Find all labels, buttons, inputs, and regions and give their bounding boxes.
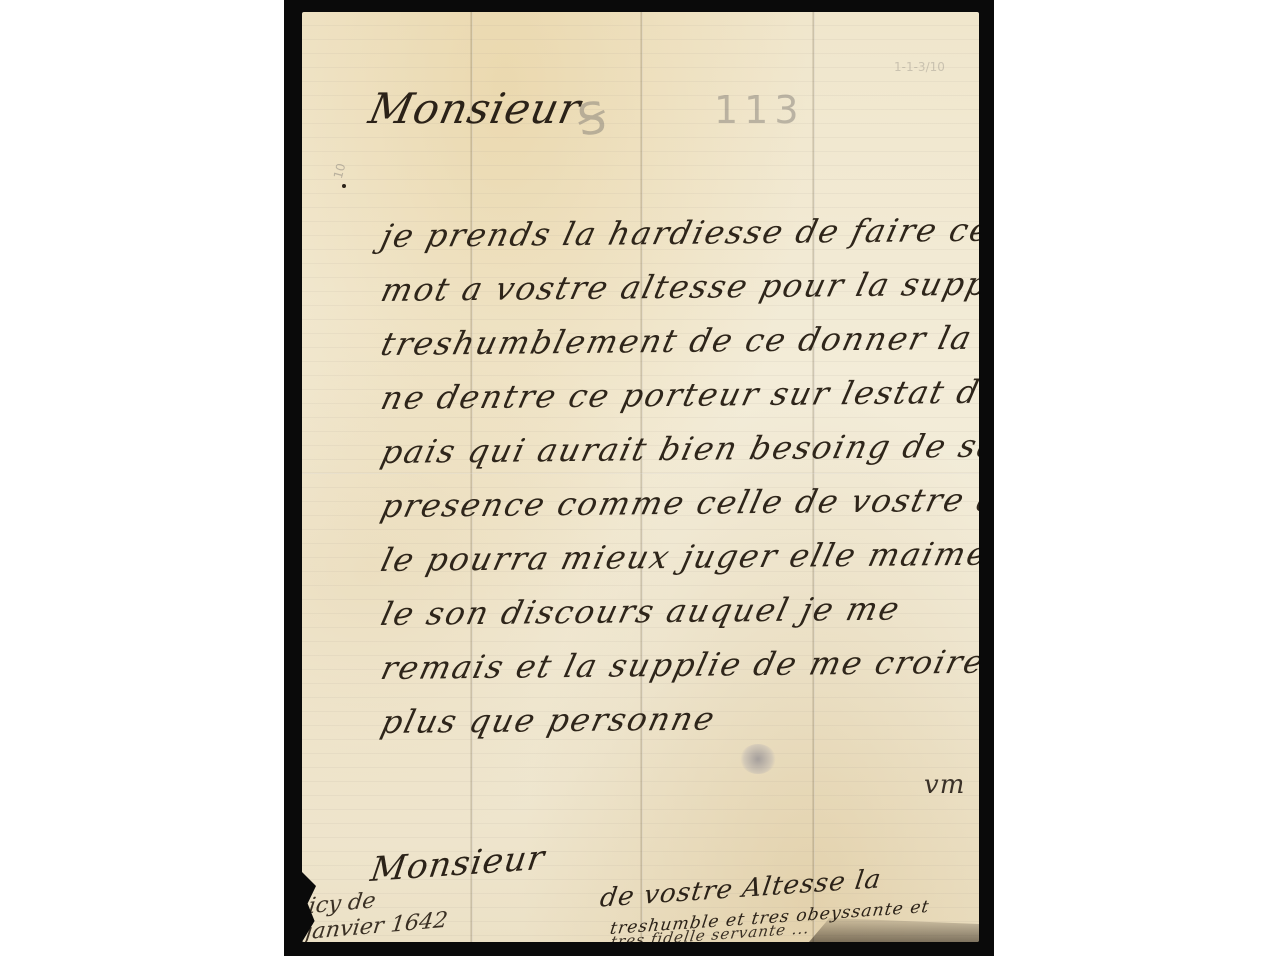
letter-line: presence comme celle de vostre altesse (374, 481, 979, 541)
letter-salutation: Monsieur (365, 84, 586, 133)
scan-frame: Ꞩ 113 1-1-3/10 10 Monsieur je prends la … (284, 0, 994, 956)
pencil-folio-number: 113 (714, 88, 805, 132)
seal-stain (740, 744, 776, 774)
letter-body: je prends la hardiesse de faire ce mot a… (380, 217, 979, 757)
ink-dot (342, 184, 346, 188)
letter-line: pais qui aurait bien besoing de sa (374, 427, 979, 487)
pencil-corner-note: 1-1-3/10 (894, 60, 945, 74)
letter-paper: Ꞩ 113 1-1-3/10 10 Monsieur je prends la … (302, 12, 979, 942)
letter-line: le pourra mieux juger elle maime par (374, 535, 979, 595)
flourish-mark: vm (924, 770, 965, 800)
closing-address: Monsieur (368, 838, 548, 890)
letter-line: treshumblement de ce donner la pen- (374, 319, 979, 379)
letter-line: le son discours auquel je me (374, 589, 979, 649)
date-block: icy de janvier 1642 (304, 882, 453, 942)
letter-line: mot a vostre altesse pour la supplier (374, 265, 979, 325)
letter-line: plus que personne (374, 697, 979, 757)
pencil-margin-note: 10 (331, 162, 348, 180)
letter-line: ne dentre ce porteur sur lestat de ce (374, 373, 979, 433)
letter-line: remais et la supplie de me croire (374, 643, 979, 703)
letter-line: je prends la hardiesse de faire ce (374, 211, 979, 271)
